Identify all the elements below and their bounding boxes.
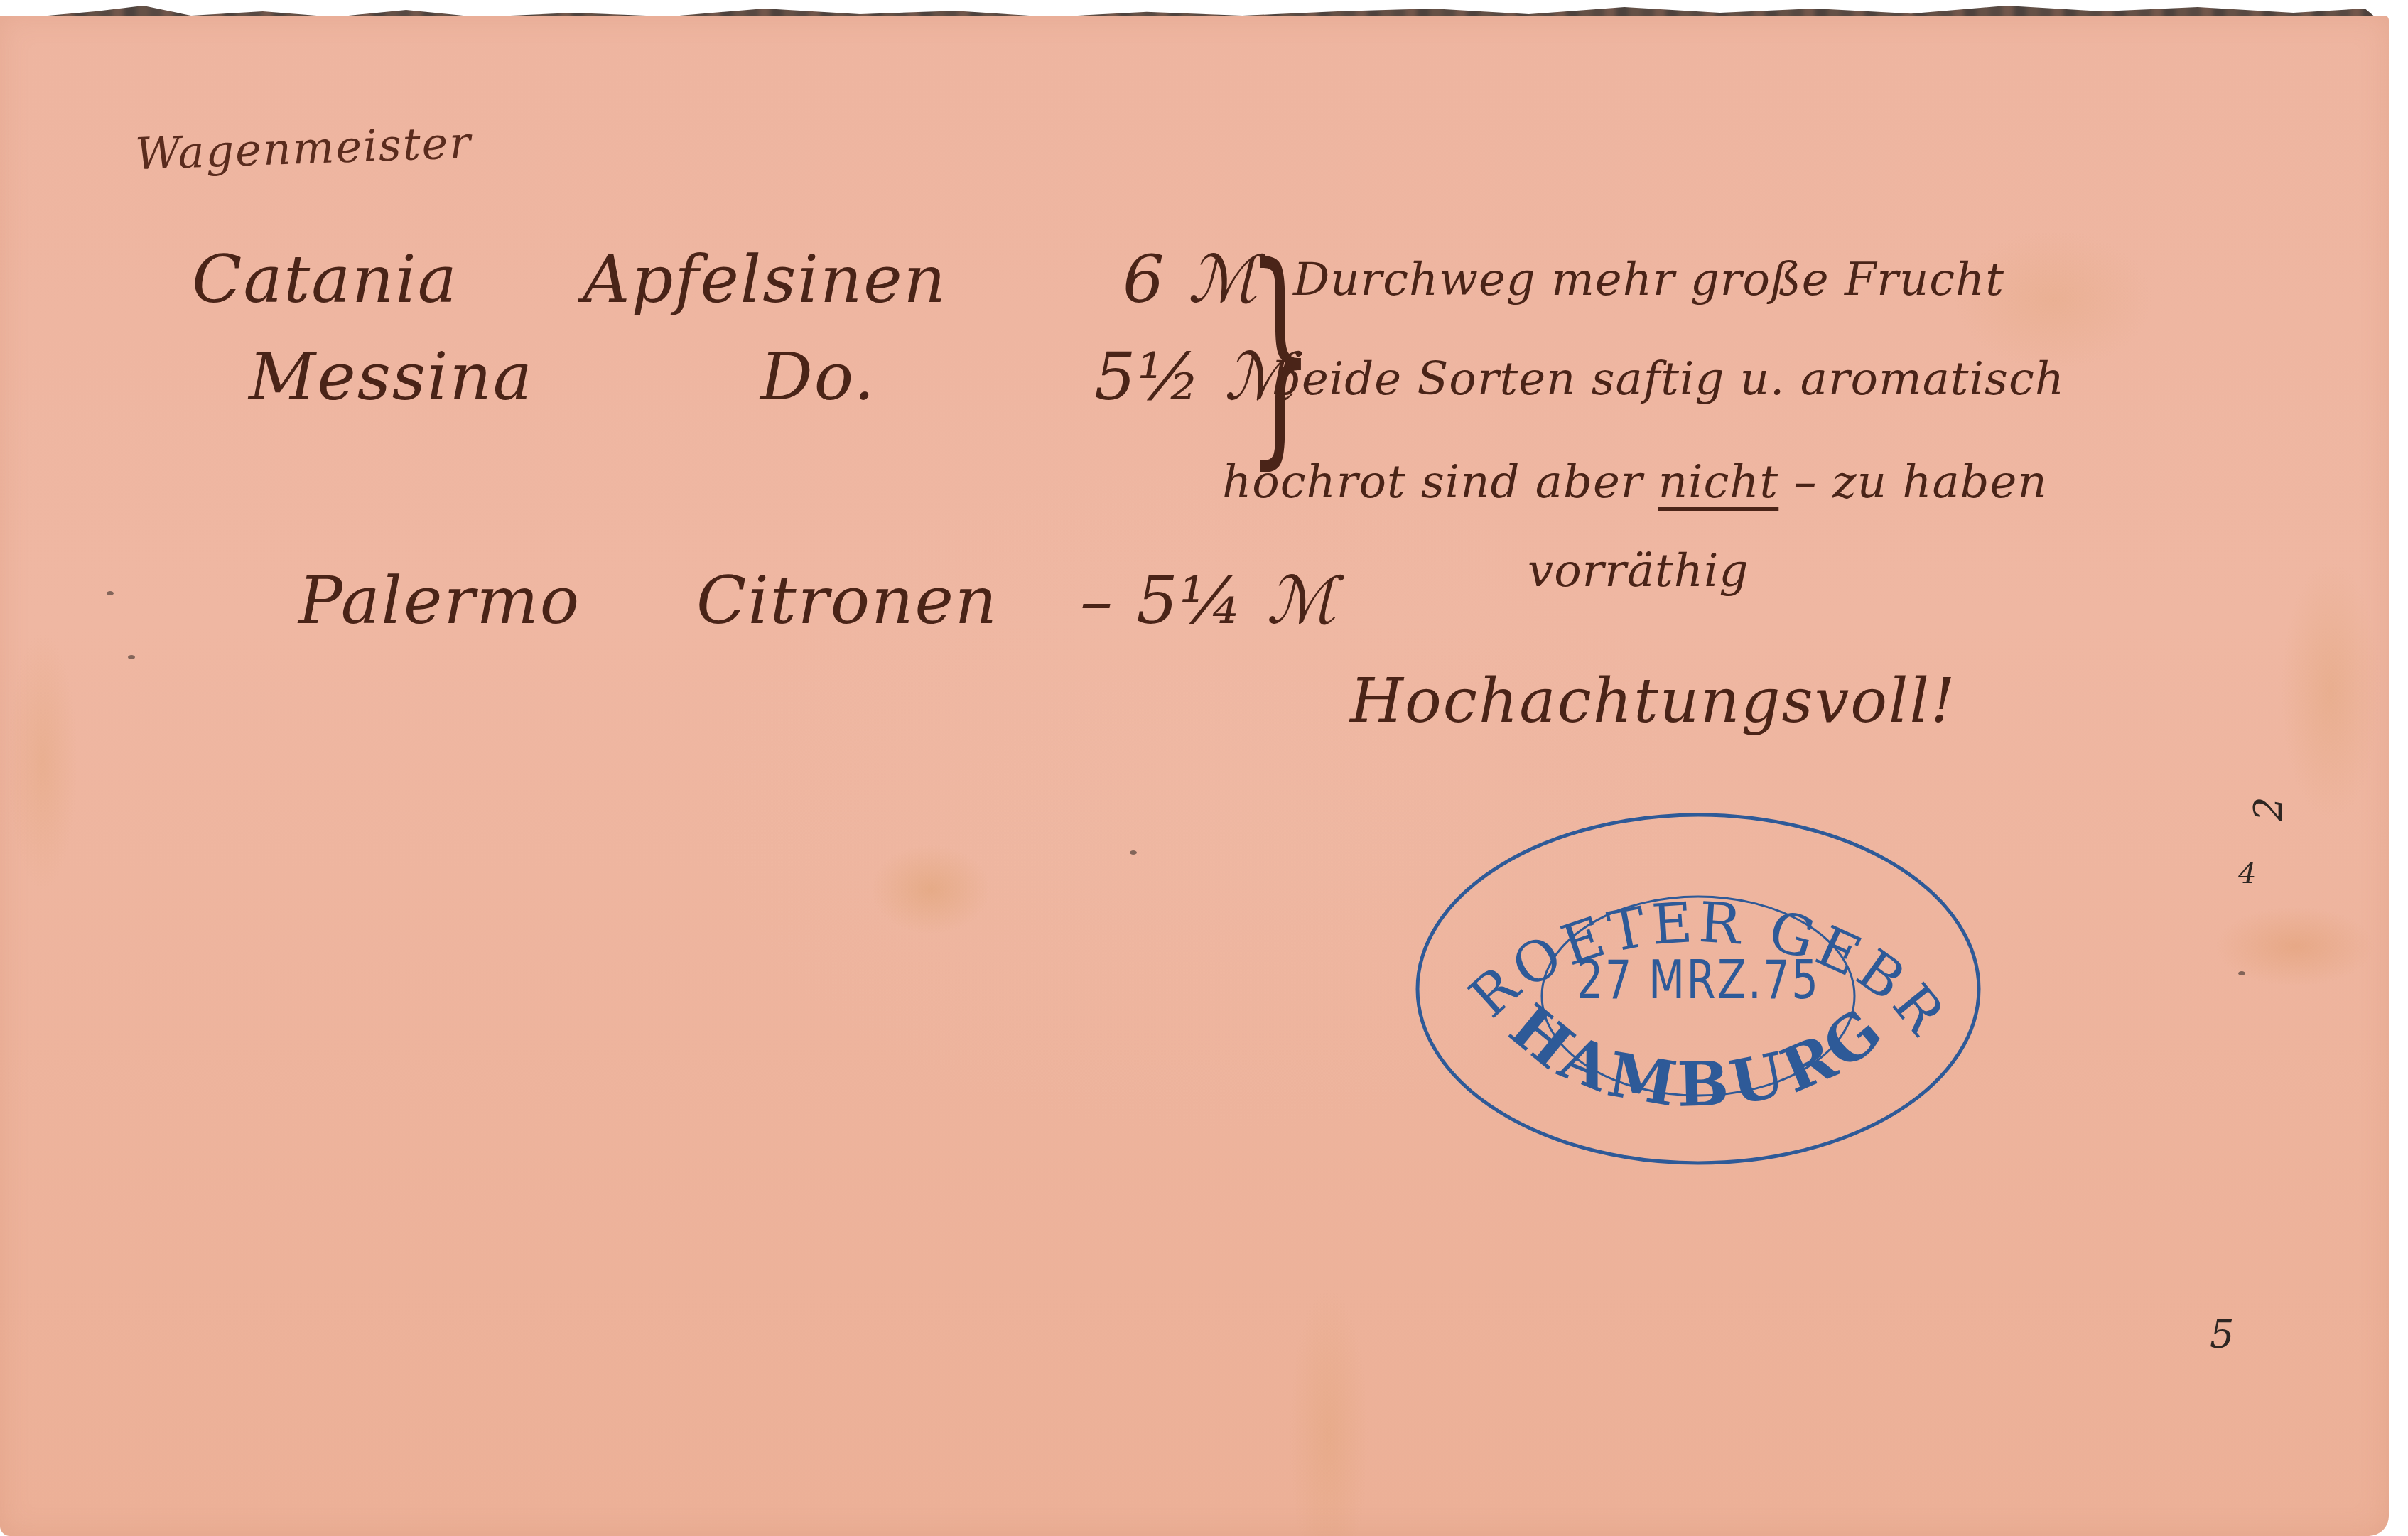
ink-speck: [107, 591, 114, 595]
ink-speck: [128, 655, 135, 659]
price-origin: Messina: [249, 339, 534, 415]
margin-mark: 5: [2210, 1312, 2234, 1357]
underlined-word: nicht: [1658, 456, 1778, 509]
price-origin: Palermo: [298, 563, 581, 639]
remark-line: vorräthig: [1528, 545, 1749, 597]
header-line: Wagenmeister: [134, 117, 473, 180]
margin-mark: 4: [2238, 858, 2256, 890]
price-value: – 5¼ ℳ: [1080, 563, 1338, 639]
price-origin: Catania: [192, 242, 458, 318]
stamp-date: 27 MRZ.75: [1468, 950, 1928, 1011]
ink-speck: [1130, 850, 1137, 855]
margin-mark: 2: [2246, 796, 2291, 821]
ink-speck: [2238, 971, 2245, 975]
company-stamp: SCHROETER GEBRDR. HAMBURG 27 MRZ.75: [1410, 808, 1986, 1170]
price-item: Citronen: [696, 563, 998, 639]
price-value: 6 ℳ: [1123, 242, 1259, 318]
postcard: Wagenmeister Catania Apfelsinen 6 ℳ Mess…: [0, 16, 2389, 1536]
remark-line: beide Sorten saftig u. aromatisch: [1272, 353, 2065, 406]
price-item: Apfelsinen: [583, 242, 947, 318]
remark-line: hochrot sind aber nicht – zu haben: [1222, 456, 2048, 509]
price-item: Do.: [760, 339, 876, 415]
remark-line: Durchweg mehr große Frucht: [1293, 254, 2004, 306]
closing-salutation: Hochachtungsvoll!: [1350, 666, 1957, 737]
